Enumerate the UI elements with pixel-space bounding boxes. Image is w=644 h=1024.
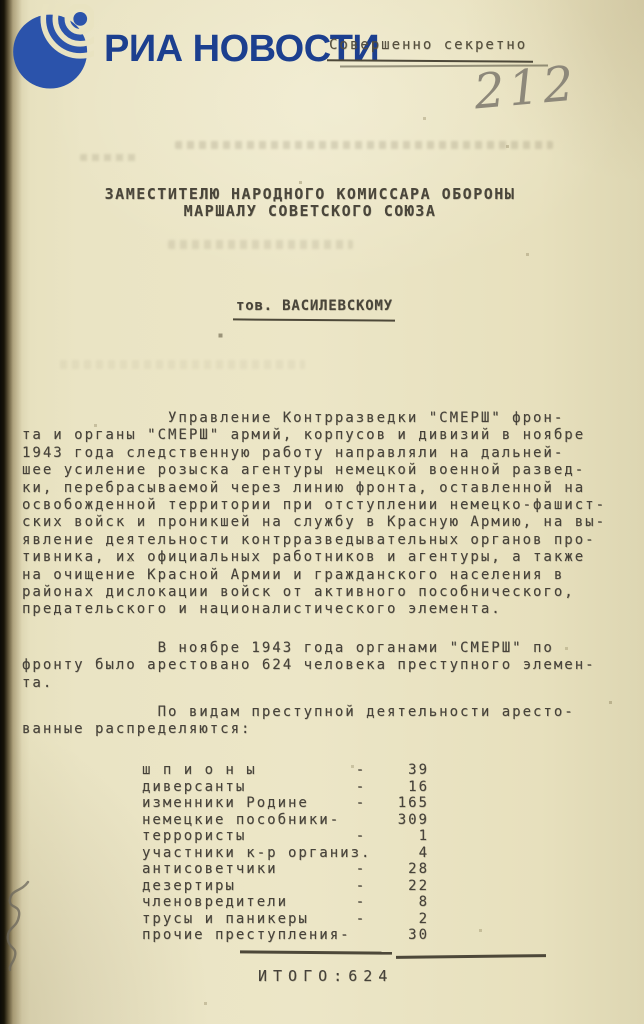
ria-globe-icon [8,4,94,94]
body-paragraph-2: В ноябре 1943 года органами "СМЕРШ" по ф… [22,640,632,692]
arrest-label: членовредители [142,894,347,910]
arrest-count: 2 [375,911,429,927]
arrest-separator: - [347,762,375,778]
bleedthrough-text-2 [80,154,138,161]
arrest-row: немецкие пособники- 309 [142,812,429,829]
bleedthrough-text-3 [168,240,353,249]
arrest-label: немецкие пособники- [142,812,347,828]
bleedthrough-text-1 [175,141,553,149]
body-paragraph-3: По видам преступной деятельности аресто-… [22,704,632,739]
arrest-separator: - [347,795,375,811]
arrest-row: изменники Родине - 165 [142,795,429,812]
arrest-label: ш п и о н ы [142,762,347,778]
addressee-line-1: ЗАМЕСТИТЕЛЮ НАРОДНОГО КОМИССАРА ОБОРОНЫ [40,186,580,203]
arrest-separator: - [347,894,375,910]
arrest-label: антисоветчики [142,861,347,877]
arrest-label: прочие преступления- [142,927,347,943]
arrest-count: 8 [375,894,429,910]
arrest-separator: - [347,779,375,795]
arrest-row: антисоветчики - 28 [142,861,429,878]
arrest-label: диверсанты [142,779,347,795]
arrest-count: 16 [375,779,429,795]
arrest-count: 165 [375,795,429,811]
arrest-count: 4 [375,845,429,861]
arrest-separator: - [347,878,375,894]
arrest-count: 39 [375,762,429,778]
total-value: 624 [348,967,393,985]
arrest-count: 30 [375,927,429,943]
arrest-row: участники к-р организ. 4 [142,845,429,862]
page-number-handwritten: 212 [472,56,580,121]
secrecy-stamp: Совершенно секретно [329,37,527,53]
recipient-name: тов. ВАСИЛЕВСКОМУ [236,298,393,314]
arrest-count: 309 [375,812,429,828]
recipient-underline [233,318,395,321]
arrest-count: 28 [375,861,429,877]
arrest-separator: - [347,861,375,877]
arrest-label: террористы [142,828,347,844]
arrest-count: 22 [375,878,429,894]
arrest-label: дезертиры [142,878,347,894]
arrest-row: трусы и паникеры - 2 [142,911,429,928]
arrest-row: членовредители - 8 [142,894,429,911]
body-paragraph-1: Управление Контрразведки "СМЕРШ" фрон- т… [22,410,632,619]
arrest-list: ш п и о н ы - 39 диверсанты - 16 изменни… [142,762,429,944]
arrest-row: террористы - 1 [142,828,429,845]
addressee-line-2: МАРШАЛУ СОВЕТСКОГО СОЮЗА [40,203,580,220]
arrest-row: диверсанты - 16 [142,779,429,796]
arrest-separator: - [347,911,375,927]
total-rule-left [240,950,392,954]
total-line: ИТОГО:624 [258,967,393,985]
arrest-label: трусы и паникеры [142,911,347,927]
ria-novosti-watermark: РИА НОВОСТИ [8,4,379,94]
arrest-row: прочие преступления- 30 [142,927,429,944]
scanned-document-page: РИА НОВОСТИ Совершенно секретно 212 ЗАМЕ… [0,0,644,1024]
addressee-heading: ЗАМЕСТИТЕЛЮ НАРОДНОГО КОМИССАРА ОБОРОНЫ … [40,186,580,220]
margin-squiggle-handwriting [0,868,42,978]
arrest-row: дезертиры - 22 [142,878,429,895]
arrest-label: участники к-р организ. [142,845,347,861]
bleedthrough-text-4 [60,360,305,369]
paper-specks [0,0,1,1]
total-rule-right [396,954,546,958]
arrest-count: 1 [375,828,429,844]
arrest-label: изменники Родине [142,795,347,811]
arrest-separator: - [347,828,375,844]
total-label: ИТОГО: [258,967,348,985]
arrest-row: ш п и о н ы - 39 [142,762,429,779]
